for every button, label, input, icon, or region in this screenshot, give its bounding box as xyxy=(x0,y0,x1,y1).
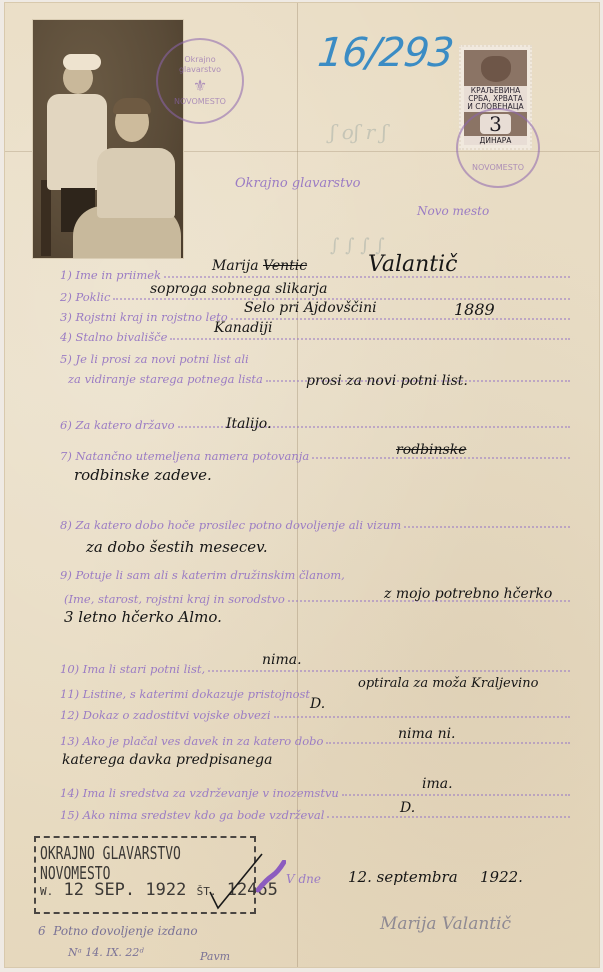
answer-surname: Valantič xyxy=(368,252,458,277)
field-label: 13) Ako je plačal ves davek in za katero… xyxy=(60,734,323,748)
footnote-initials: Pavm xyxy=(200,950,230,963)
answer-birthplace: Selo pri Ajdovščini xyxy=(244,300,377,316)
photo-child-bow xyxy=(63,54,101,70)
form-row-7: 7) Natančno utemeljena namera potovanja xyxy=(60,443,573,463)
answer-residence: Kanadiji xyxy=(214,320,272,336)
dotted-line xyxy=(327,816,570,818)
seal-text-bottom: NOVOMESTO xyxy=(171,97,230,107)
answer-old-passport: nima. xyxy=(262,652,302,668)
dotted-line xyxy=(164,276,570,278)
registry-prefix: W. xyxy=(40,885,53,898)
dotted-line xyxy=(231,318,570,320)
eagle-emblem-icon xyxy=(481,56,511,82)
pencil-marks: ʃ oʃ r ʃ xyxy=(330,120,387,144)
purple-ink-mark xyxy=(256,860,286,894)
answer-name: Marija Ventic xyxy=(212,258,307,274)
dotted-line xyxy=(208,670,570,672)
field-label-cont: za vidiranje starega potnega lista xyxy=(68,372,263,386)
dotted-line xyxy=(326,742,570,744)
office-seal-stamp: Okrajno glavarstvo ⚜ NOVOMESTO xyxy=(156,38,244,124)
photo-chair xyxy=(41,180,51,256)
field-label: 11) Listine, s katerimi dokazuje pristoj… xyxy=(60,687,310,701)
form-row-4: 4) Stalno bivališče xyxy=(60,324,573,344)
office-heading: Okrajno glavarstvo xyxy=(235,176,360,191)
form-row-14: 14) Ima li sredstva za vzdrževanje v ino… xyxy=(60,780,573,800)
dotted-line xyxy=(170,338,570,340)
reference-number-text: 16/293 xyxy=(316,30,456,76)
form-row-10: 10) Ima li stari potni list, xyxy=(60,656,573,676)
answer-sponsor: D. xyxy=(400,800,415,816)
answer-documents: optirala za moža Kraljevino xyxy=(358,676,538,691)
field-label: 7) Natančno utemeljena namera potovanja xyxy=(60,449,309,463)
cancellation-stamp-text: NOVOMESTO xyxy=(470,163,526,173)
answer-birth-year: 1889 xyxy=(454,300,495,319)
registry-date: 12 SEP. 1922 xyxy=(64,880,187,900)
form-row-5: 5) Je li prosi za novi potni list ali xyxy=(60,346,573,366)
form-row-6: 6) Za katero državo xyxy=(60,412,573,432)
photo-woman-hair xyxy=(113,98,151,114)
answer-taxes-cont: katerega davka predpisanega xyxy=(62,752,272,768)
fold-line-vertical xyxy=(297,3,298,967)
date-answer: 12. septembra xyxy=(348,868,458,886)
cancellation-stamp: NOVOMESTO xyxy=(456,108,540,188)
applicant-photo xyxy=(33,20,183,258)
reference-number: 16/293 xyxy=(316,30,456,76)
footnote-ref: Nᵃ 14. IX. 22ᵈ xyxy=(68,946,144,959)
footnote-note: 6 Potno dovoljenje izdano xyxy=(38,924,198,938)
field-label: 4) Stalno bivališče xyxy=(60,330,167,344)
answer-funds: ima. xyxy=(422,776,453,792)
form-row-15: 15) Ako nima sredstev kdo ga bode vzdrže… xyxy=(60,802,573,822)
answer-purpose-struck: rodbinske xyxy=(396,442,467,458)
form-row-9: 9) Potuje li sam ali s katerim družinski… xyxy=(60,562,573,582)
field-label: 10) Ima li stari potni list, xyxy=(60,662,205,676)
seal-text-top: Okrajno glavarstvo xyxy=(171,55,230,76)
answer-duration: za dobo šestih mesecev. xyxy=(86,538,268,556)
form-row-8: 8) Za katero dobo hoče prosilec potno do… xyxy=(60,512,573,532)
form-row-1: 1) Ime in priimek xyxy=(60,262,573,282)
field-label: 6) Za katero državo xyxy=(60,418,175,432)
photo-woman xyxy=(97,148,175,218)
answer-occupation: soproga sobnega slikarja xyxy=(150,281,327,297)
footnote-number: 6 xyxy=(38,924,46,938)
form-row-13: 13) Ako je plačal ves davek in za katero… xyxy=(60,728,573,748)
field-label: 3) Rojstni kraj in rojstno leto xyxy=(60,310,228,324)
field-label: 1) Ime in priimek xyxy=(60,268,161,282)
answer-taxes: nima ni. xyxy=(398,726,456,742)
field-label: 12) Dokaz o zadostitvi vojske obvezi xyxy=(60,708,271,722)
answer-purpose: rodbinske zadeve. xyxy=(74,466,212,484)
dotted-line xyxy=(404,526,570,528)
place-date-label: V dne xyxy=(286,872,321,886)
dotted-line xyxy=(342,794,570,796)
field-label: 5) Je li prosi za novi potni list ali xyxy=(60,352,249,366)
answer-country: Italijo. xyxy=(226,416,271,432)
office-location: Novo mesto xyxy=(417,204,489,218)
date-year: 1922. xyxy=(480,868,523,886)
field-label: 15) Ako nima sredstev kdo ga bode vzdrže… xyxy=(60,808,324,822)
answer-companion: z mojo potrebno hčerko xyxy=(384,586,552,602)
coat-of-arms-icon: ⚜ xyxy=(171,76,230,97)
checkmark-icon xyxy=(204,852,264,912)
answer-request-type: prosi za novi potni list. xyxy=(306,373,468,389)
answer-documents-cont: D. xyxy=(310,696,325,712)
applicant-signature: Marija Valantič xyxy=(380,914,511,934)
answer-companion-cont: 3 letno hčerko Almo. xyxy=(64,608,222,626)
field-label: 9) Potuje li sam ali s katerim družinski… xyxy=(60,568,345,582)
field-label-cont: (Ime, starost, rojstni kraj in sorodstvo xyxy=(64,592,285,606)
field-label: 14) Ima li sredstva za vzdrževanje v ino… xyxy=(60,786,339,800)
footnote-text: Potno dovoljenje izdano xyxy=(53,924,197,938)
dotted-line xyxy=(274,716,570,718)
field-label: 8) Za katero dobo hoče prosilec potno do… xyxy=(60,518,401,532)
field-label: 2) Poklic xyxy=(60,290,110,304)
